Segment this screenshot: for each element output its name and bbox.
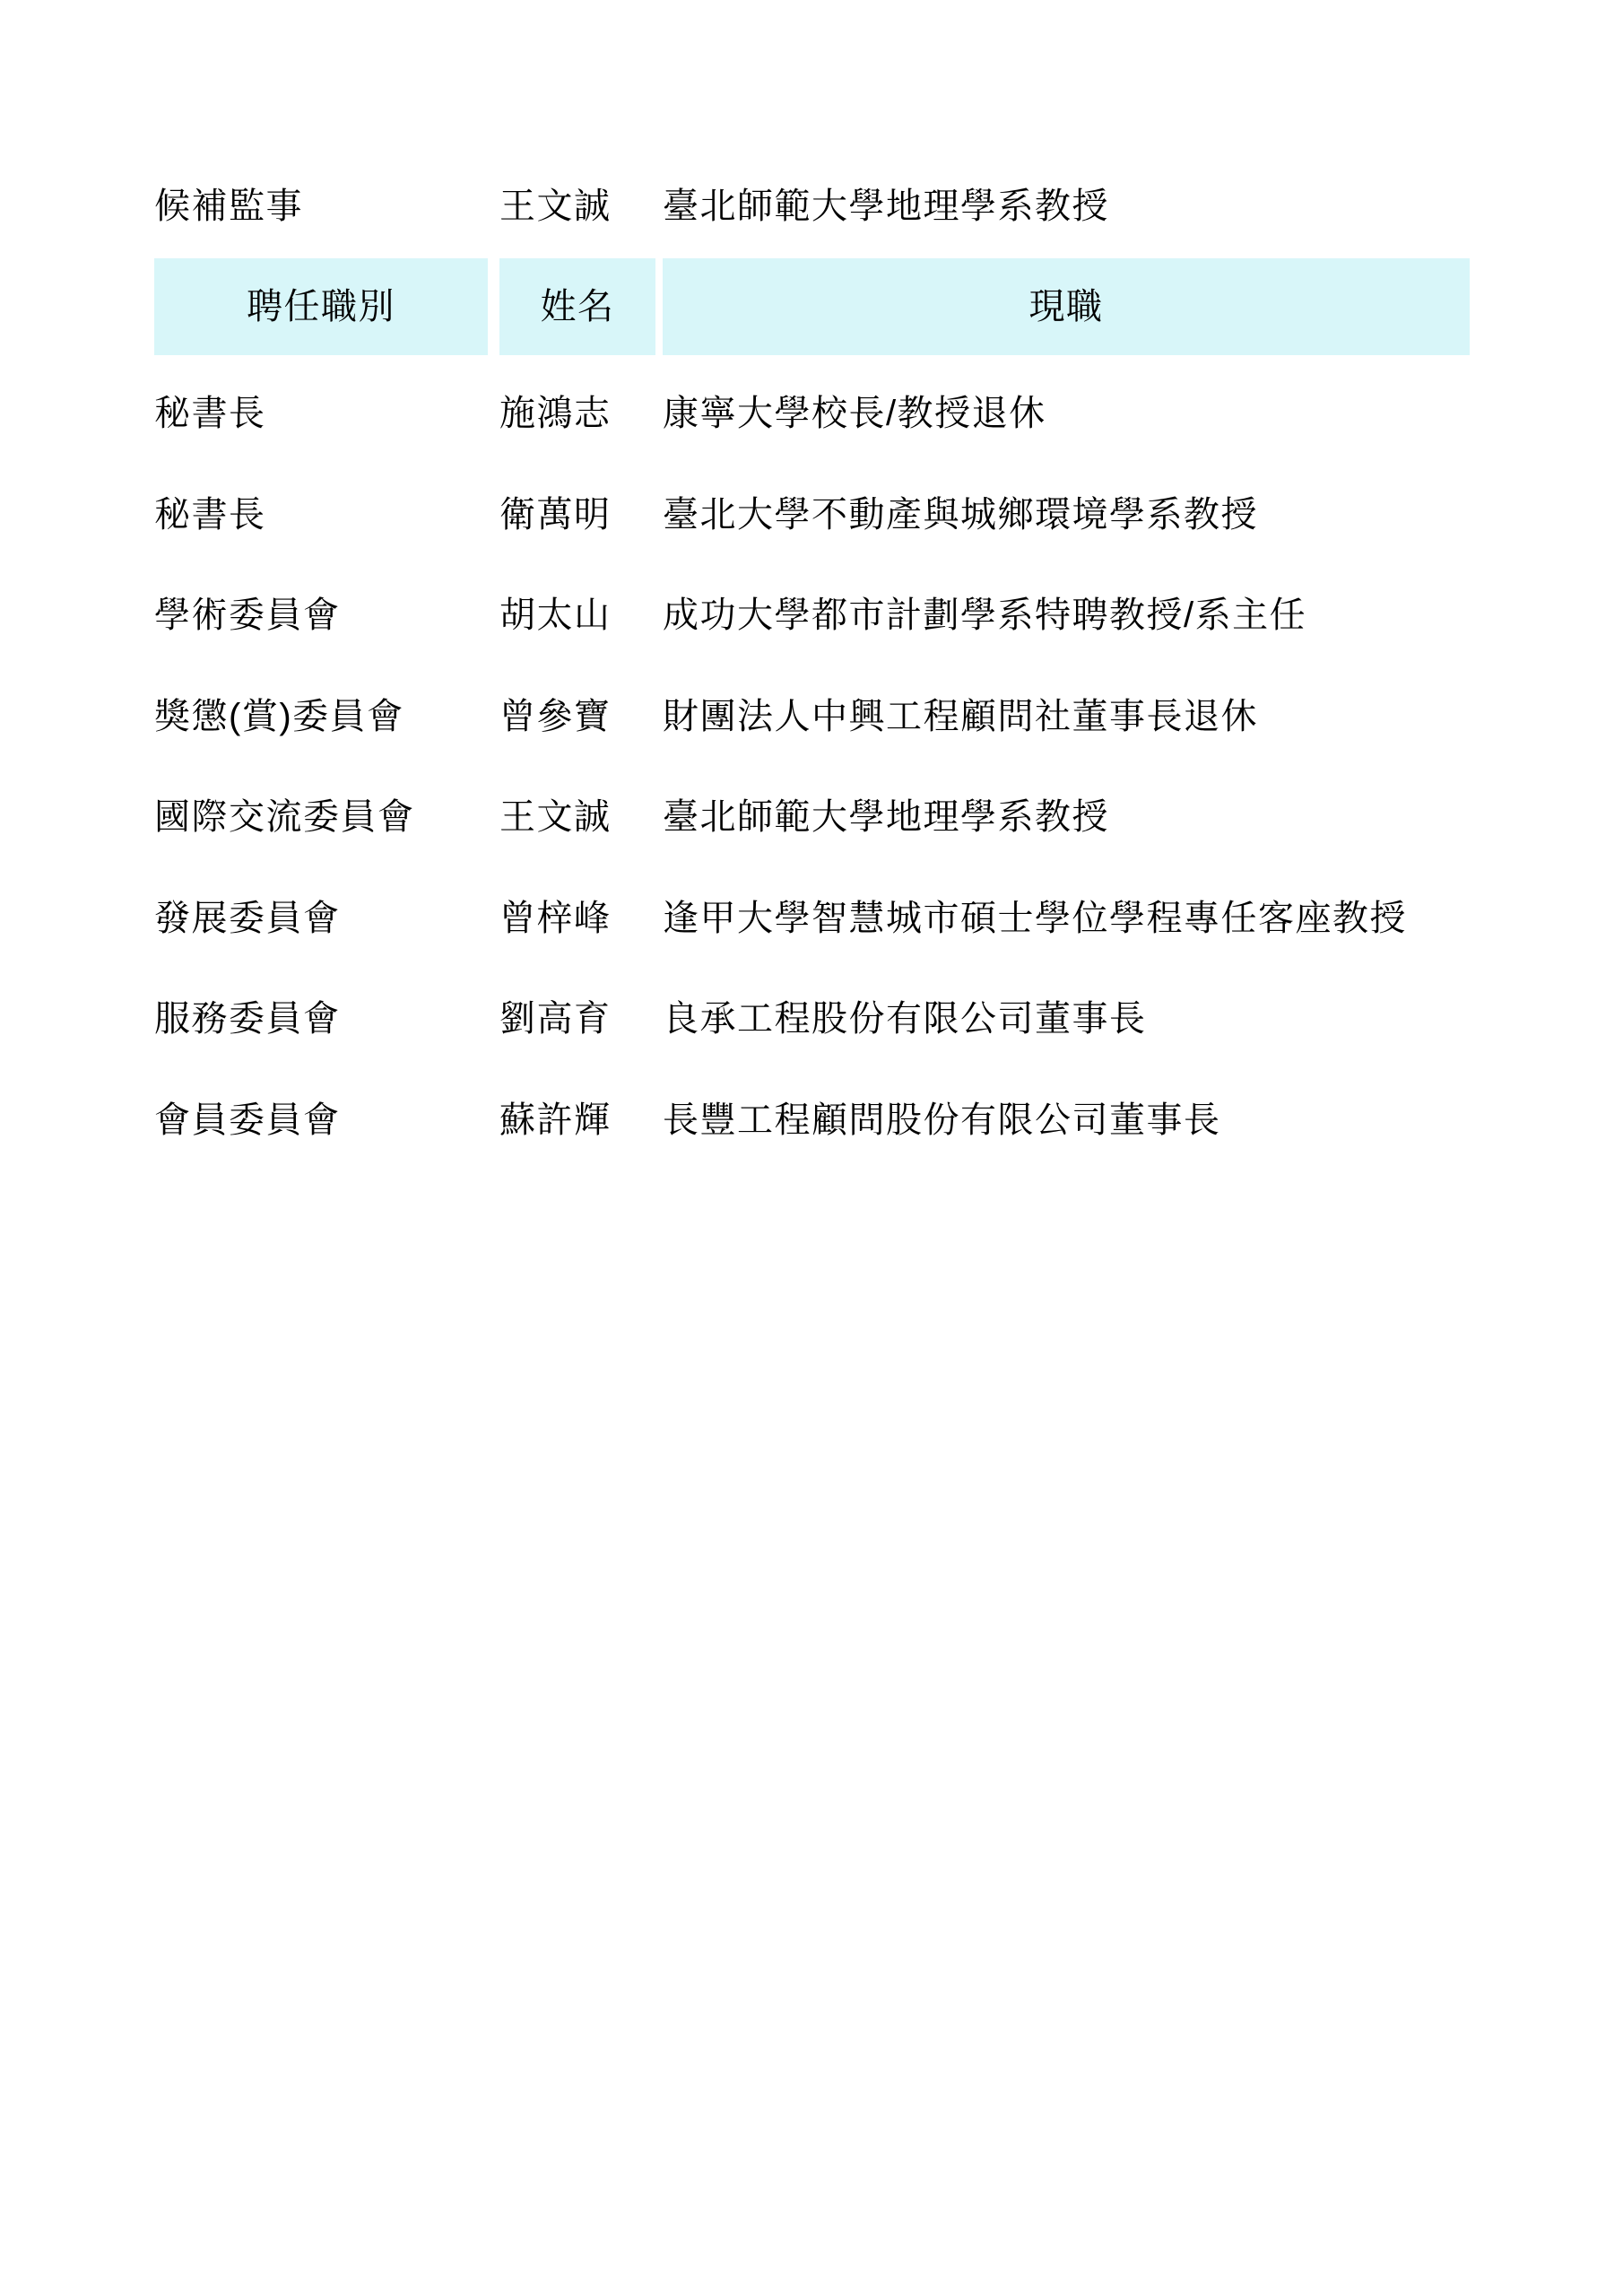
- header-cell-job: 現職: [663, 258, 1470, 355]
- job-cell: 康寧大學校長/教授退休: [663, 394, 1470, 433]
- position-cell: 候補監事: [154, 187, 488, 226]
- position-cell: 獎懲(賞)委員會: [154, 697, 488, 736]
- position-cell: 國際交流委員會: [154, 797, 488, 837]
- table-row: 獎懲(賞)委員會 曾參寶 財團法人中興工程顧問社董事長退休: [154, 666, 1470, 768]
- position-cell: 學術委員會: [154, 596, 488, 635]
- name-cell: 曾參寶: [499, 697, 655, 736]
- job-cell: 長豐工程顧問股份有限公司董事長: [663, 1100, 1470, 1140]
- table-row-pre-header: 候補監事 王文誠 臺北師範大學地理學系教授: [154, 156, 1470, 257]
- position-cell: 秘書長: [154, 394, 488, 433]
- name-cell: 劉高育: [499, 999, 655, 1039]
- name-cell: 胡太山: [499, 596, 655, 635]
- job-cell: 臺北師範大學地理學系教授: [663, 187, 1470, 226]
- name-cell: 王文誠: [499, 187, 655, 226]
- table-header-row: 聘任職別 姓名 現職: [154, 258, 1470, 355]
- committee-table: 候補監事 王文誠 臺北師範大學地理學系教授 聘任職別 姓名 現職 秘書長 施鴻志…: [154, 156, 1470, 1170]
- name-cell: 施鴻志: [499, 394, 655, 433]
- name-cell: 衛萬明: [499, 495, 655, 535]
- job-cell: 良承工程股份有限公司董事長: [663, 999, 1470, 1039]
- document-page: 候補監事 王文誠 臺北師範大學地理學系教授 聘任職別 姓名 現職 秘書長 施鴻志…: [0, 0, 1623, 2296]
- name-cell: 蘇許輝: [499, 1100, 655, 1140]
- job-cell: 臺北師範大學地理學系教授: [663, 797, 1470, 837]
- job-cell: 財團法人中興工程顧問社董事長退休: [663, 697, 1470, 736]
- job-cell: 逢甲大學智慧城市碩士學位學程專任客座教授: [663, 899, 1470, 938]
- table-row: 國際交流委員會 王文誠 臺北師範大學地理學系教授: [154, 767, 1470, 868]
- table-row: 秘書長 施鴻志 康寧大學校長/教授退休: [154, 363, 1470, 465]
- table-row: 服務委員會 劉高育 良承工程股份有限公司董事長: [154, 969, 1470, 1070]
- position-cell: 發展委員會: [154, 899, 488, 938]
- position-cell: 會員委員會: [154, 1100, 488, 1140]
- position-cell: 服務委員會: [154, 999, 488, 1039]
- header-cell-name: 姓名: [499, 258, 655, 355]
- name-cell: 王文誠: [499, 797, 655, 837]
- table-row: 發展委員會 曾梓峰 逢甲大學智慧城市碩士學位學程專任客座教授: [154, 868, 1470, 970]
- table-row: 學術委員會 胡太山 成功大學都市計劃學系特聘教授/系主任: [154, 565, 1470, 666]
- position-cell: 秘書長: [154, 495, 488, 535]
- job-cell: 臺北大學不動產與城鄉環境學系教授: [663, 495, 1470, 535]
- name-cell: 曾梓峰: [499, 899, 655, 938]
- table-row: 秘書長 衛萬明 臺北大學不動產與城鄉環境學系教授: [154, 465, 1470, 566]
- table-row: 會員委員會 蘇許輝 長豐工程顧問股份有限公司董事長: [154, 1070, 1470, 1171]
- job-cell: 成功大學都市計劃學系特聘教授/系主任: [663, 596, 1470, 635]
- header-cell-position: 聘任職別: [154, 258, 488, 355]
